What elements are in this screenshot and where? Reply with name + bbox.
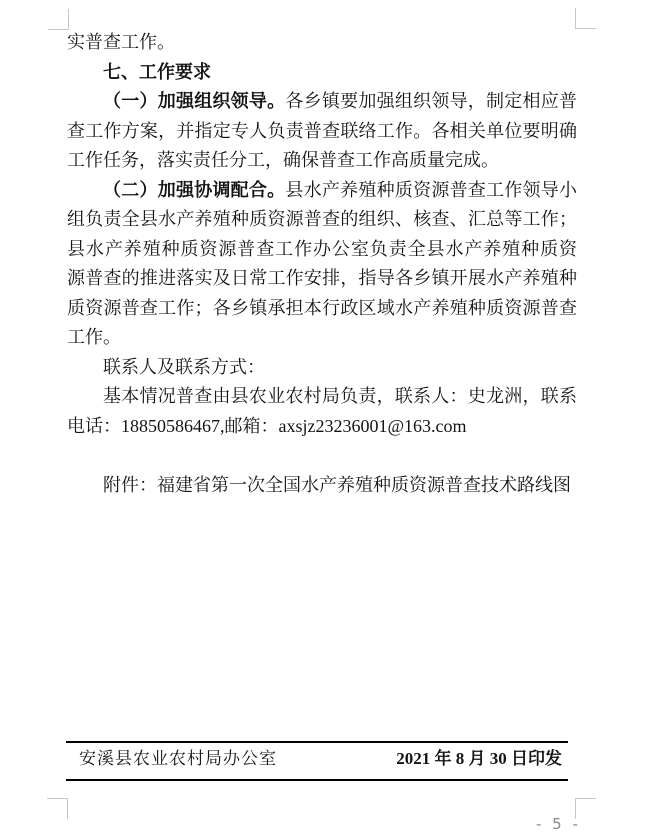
crop-mark-top-right xyxy=(575,8,596,29)
crop-mark-bottom-left xyxy=(47,798,68,819)
page-number: - 5 - xyxy=(536,815,581,833)
document-body: 实普查工作。七、工作要求（一）加强组织领导。各乡镇要加强组织领导，制定相应普查工… xyxy=(67,28,577,500)
para1-line2: 查工作方案，并指定专人负责普查联络工作。各相关单位要明确 xyxy=(67,117,577,147)
text-segment: 附件：福建省第一次全国水产养殖种质资源普查技术路线图 xyxy=(103,475,571,495)
text-segment: 联系人及联系方式： xyxy=(103,357,265,377)
text-segment: 工作。 xyxy=(67,327,121,347)
contact-line2: 电话：18850586467,邮箱：axsjz23236001@163.com xyxy=(67,412,577,442)
body-line-continuation: 实普查工作。 xyxy=(67,28,577,58)
text-segment: 县水产养殖种质资源普查工作办公室负责全县水产养殖种质资 xyxy=(67,239,577,259)
bold-text-segment: 七、工作要求 xyxy=(103,62,211,82)
contact-heading: 联系人及联系方式： xyxy=(67,353,577,383)
text-segment: 电话：18850586467,邮箱：axsjz23236001@163.com xyxy=(67,416,467,436)
para1-line1: （一）加强组织领导。各乡镇要加强组织领导，制定相应普 xyxy=(67,87,577,117)
para2-line2: 组负责全县水产养殖种质资源普查的组织、核查、汇总等工作； xyxy=(67,205,577,235)
text-segment: 实普查工作。 xyxy=(67,32,175,52)
para2-line5: 质资源普查工作；各乡镇承担本行政区域水产养殖种质资源普查 xyxy=(67,294,577,324)
para2-line6: 工作。 xyxy=(67,323,577,353)
blank-line xyxy=(67,441,577,471)
contact-line1: 基本情况普查由县农业农村局负责，联系人：史龙洲，联系 xyxy=(67,382,577,412)
section-heading: 七、工作要求 xyxy=(67,58,577,88)
attachment-line: 附件：福建省第一次全国水产养殖种质资源普查技术路线图 xyxy=(67,471,577,501)
para2-line1: （二）加强协调配合。县水产养殖种质资源普查工作领导小 xyxy=(67,176,577,206)
text-segment: 源普查的推进落实及日常工作安排，指导各乡镇开展水产养殖种 xyxy=(67,268,577,288)
crop-mark-top-left xyxy=(48,9,69,30)
footer-issuer: 安溪县农业农村局办公室 xyxy=(79,748,277,770)
text-segment: 质资源普查工作；各乡镇承担本行政区域水产养殖种质资源普查 xyxy=(67,298,577,318)
bold-text-segment: （二）加强协调配合。 xyxy=(103,180,285,200)
text-segment: 组负责全县水产养殖种质资源普查的组织、核查、汇总等工作； xyxy=(67,209,577,229)
document-page: 实普查工作。七、工作要求（一）加强组织领导。各乡镇要加强组织领导，制定相应普查工… xyxy=(0,0,646,837)
footer-rule-top xyxy=(66,741,568,743)
para2-line3: 县水产养殖种质资源普查工作办公室负责全县水产养殖种质资 xyxy=(67,235,577,265)
text-segment: 查工作方案，并指定专人负责普查联络工作。各相关单位要明确 xyxy=(67,121,577,141)
bold-text-segment: （一）加强组织领导。 xyxy=(103,91,285,111)
text-segment: 工作任务，落实责任分工，确保普查工作高质量完成。 xyxy=(67,150,499,170)
text-segment: 各乡镇要加强组织领导，制定相应普 xyxy=(285,91,577,111)
footer-rule-bottom xyxy=(66,779,568,781)
para2-line4: 源普查的推进落实及日常工作安排，指导各乡镇开展水产养殖种 xyxy=(67,264,577,294)
text-segment: 县水产养殖种质资源普查工作领导小 xyxy=(285,180,577,200)
footer-print-date: 2021 年 8 月 30 日印发 xyxy=(396,748,562,770)
para1-line3: 工作任务，落实责任分工，确保普查工作高质量完成。 xyxy=(67,146,577,176)
text-segment: 基本情况普查由县农业农村局负责，联系人：史龙洲，联系 xyxy=(103,386,577,406)
